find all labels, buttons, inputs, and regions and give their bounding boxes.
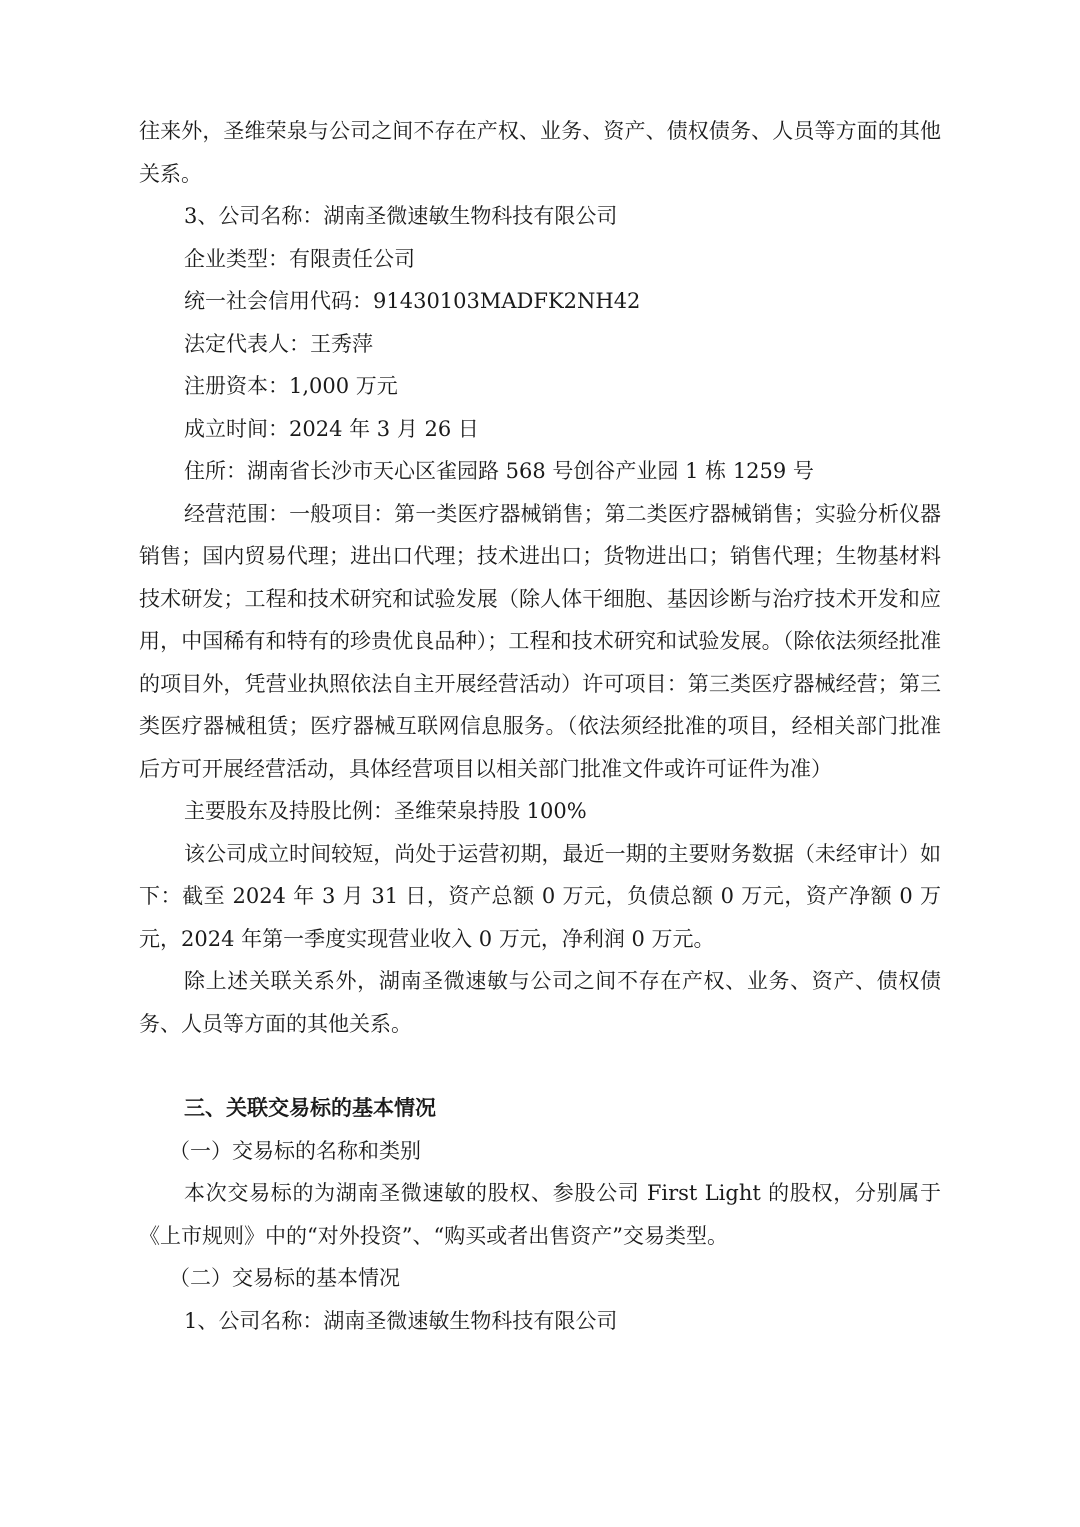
shareholder-line: 主要股东及持股比例：圣维荣泉持股 100% <box>139 790 941 833</box>
paragraph-continuation: 往来外，圣维荣泉与公司之间不存在产权、业务、资产、债权债务、人员等方面的其他关系… <box>139 110 941 195</box>
company-type-line: 企业类型：有限责任公司 <box>139 238 941 281</box>
item-company-name-line: 1、公司名称：湖南圣微速敏生物科技有限公司 <box>139 1300 941 1343</box>
subsection-heading-2: （二）交易标的基本情况 <box>139 1257 941 1300</box>
legal-representative-line: 法定代表人：王秀萍 <box>139 323 941 366</box>
company-name-line: 3、公司名称：湖南圣微速敏生物科技有限公司 <box>139 195 941 238</box>
registered-capital-line: 注册资本：1,000 万元 <box>139 365 941 408</box>
section-heading: 三、关联交易标的基本情况 <box>139 1087 941 1130</box>
business-scope-paragraph: 经营范围：一般项目：第一类医疗器械销售；第二类医疗器械销售；实验分析仪器销售；国… <box>139 493 941 791</box>
relation-paragraph: 除上述关联关系外，湖南圣微速敏与公司之间不存在产权、业务、资产、债权债务、人员等… <box>139 960 941 1045</box>
subsection-body-1: 本次交易标的为湖南圣微速敏的股权、参股公司 First Light 的股权，分别… <box>139 1172 941 1257</box>
subsection-heading-1: （一）交易标的名称和类别 <box>139 1130 941 1173</box>
document-page: 往来外，圣维荣泉与公司之间不存在产权、业务、资产、债权债务、人员等方面的其他关系… <box>139 110 941 1342</box>
established-date-line: 成立时间：2024 年 3 月 26 日 <box>139 408 941 451</box>
financials-paragraph: 该公司成立时间较短，尚处于运营初期，最近一期的主要财务数据（未经审计）如下：截至… <box>139 833 941 961</box>
credit-code-line: 统一社会信用代码：91430103MADFK2NH42 <box>139 280 941 323</box>
address-line: 住所：湖南省长沙市天心区雀园路 568 号创谷产业园 1 栋 1259 号 <box>139 450 941 493</box>
